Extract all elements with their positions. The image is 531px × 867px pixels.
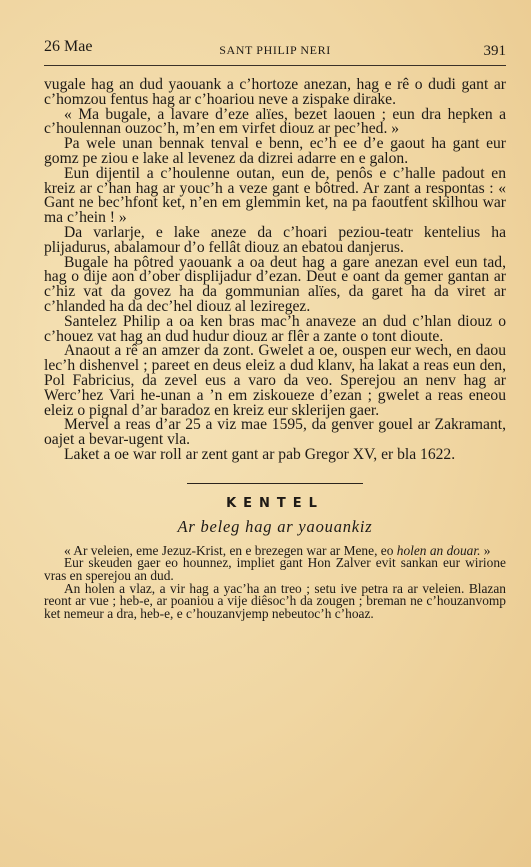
paragraph: Santelez Philip a oa ken bras mac’h anav… bbox=[44, 315, 506, 345]
paragraph: « Ma bugale, a lavare d’eze alïes, bezet… bbox=[44, 108, 506, 138]
paragraph: Da varlarje, e lake aneze da c’hoari pez… bbox=[44, 226, 506, 256]
header-rule bbox=[44, 65, 506, 66]
section-separator bbox=[187, 483, 363, 484]
page-number: 391 bbox=[484, 43, 507, 60]
lesson-paragraph: An holen a vlaz, a vir hag a yac’ha an t… bbox=[44, 583, 506, 621]
lesson-text: « Ar veleien, eme Jezuz-Krist, en e brez… bbox=[44, 545, 506, 621]
section-heading: KENTEL bbox=[44, 496, 506, 511]
paragraph: vugale hag an dud yaouank a c’hortoze an… bbox=[44, 78, 506, 108]
paragraph: Mervel a reas d’ar 25 a viz mae 1595, da… bbox=[44, 418, 506, 448]
paragraph: Anaout a rê an amzer da zont. Gwelet a o… bbox=[44, 344, 506, 418]
lesson-paragraph: Eur skeuden gaer eo hounnez, impliet gan… bbox=[44, 557, 506, 582]
running-header: 26 Mae SANT PHILIP NERI 391 bbox=[44, 38, 506, 60]
paragraph: Laket a oe war roll ar zent gant ar pab … bbox=[44, 448, 506, 463]
paragraph: Bugale ha pôtred yaouank a oa deut hag a… bbox=[44, 256, 506, 315]
section-subtitle: Ar beleg hag ar yaouankiz bbox=[44, 517, 506, 537]
main-text: vugale hag an dud yaouank a c’hortoze an… bbox=[44, 78, 506, 463]
paragraph: Pa wele unan bennak tenval e benn, ec’h … bbox=[44, 137, 506, 167]
book-page: 26 Mae SANT PHILIP NERI 391 vugale hag a… bbox=[44, 38, 506, 620]
paragraph: Eun dijentil a c’houlenne outan, eun de,… bbox=[44, 167, 506, 226]
header-title: SANT PHILIP NERI bbox=[44, 43, 506, 58]
